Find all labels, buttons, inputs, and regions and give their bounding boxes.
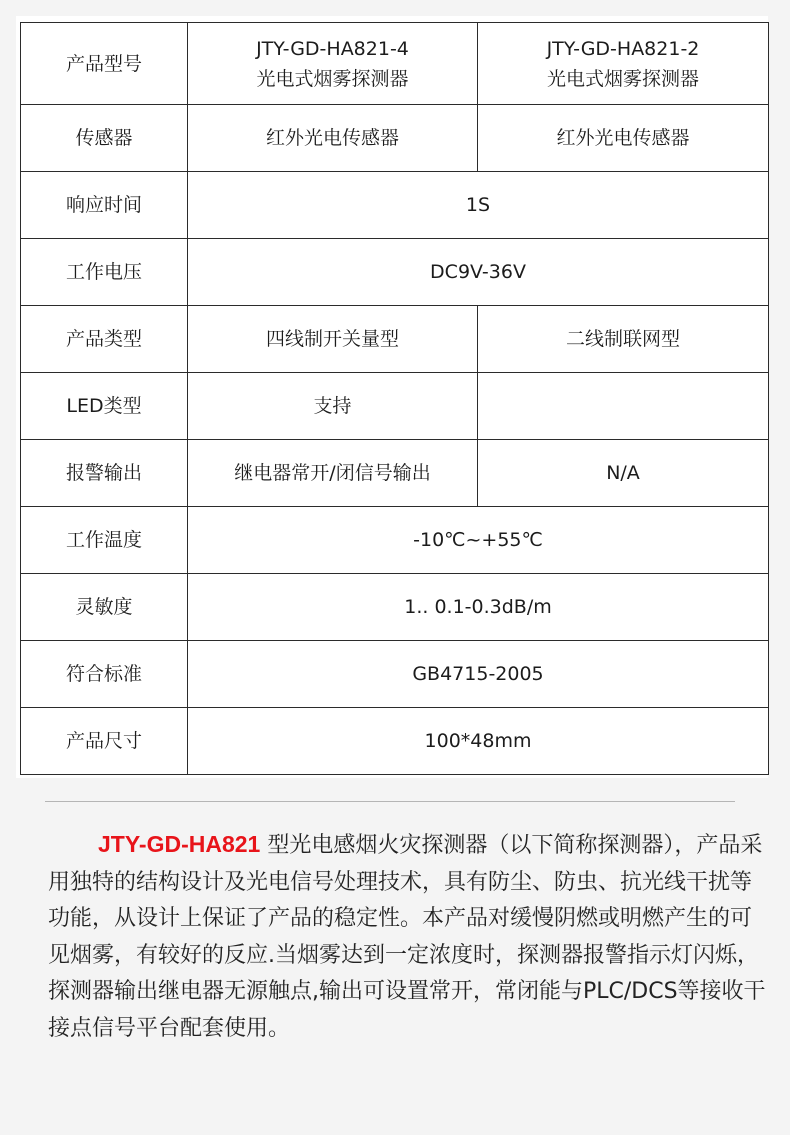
table-cell: 红外光电传感器: [188, 105, 478, 172]
row-label: 符合标准: [21, 641, 188, 708]
table-cell: 支持: [188, 373, 478, 440]
table-cell: 100*48mm: [188, 708, 769, 775]
description-text: 型光电感烟火灾探测器（以下简称探测器），产品采用独特的结构设计及光电信号处理技术…: [48, 833, 766, 1041]
table-row-size: 产品尺寸 100*48mm: [21, 708, 769, 775]
table-row-voltage: 工作电压 DC9V-36V: [21, 239, 769, 306]
table-cell: [478, 373, 769, 440]
model-a-code: JTY-GD-HA821-4: [188, 34, 477, 64]
table-row-led-type: LED类型 支持: [21, 373, 769, 440]
table-cell: 1.. 0.1-0.3dB/m: [188, 574, 769, 641]
table-row-alarm-output: 报警输出 继电器常开/闭信号输出 N/A: [21, 440, 769, 507]
model-a-cell: JTY-GD-HA821-4 光电式烟雾探测器: [188, 23, 478, 105]
table-cell: 四线制开关量型: [188, 306, 478, 373]
row-label: 灵敏度: [21, 574, 188, 641]
table-row-response-time: 响应时间 1S: [21, 172, 769, 239]
row-label: 工作温度: [21, 507, 188, 574]
table-cell: 继电器常开/闭信号输出: [188, 440, 478, 507]
section-divider: [45, 801, 735, 802]
row-label: 工作电压: [21, 239, 188, 306]
row-label: LED类型: [21, 373, 188, 440]
table-row-temperature: 工作温度 -10℃~+55℃: [21, 507, 769, 574]
model-b-code: JTY-GD-HA821-2: [478, 34, 768, 64]
table-row-model: 产品型号 JTY-GD-HA821-4 光电式烟雾探测器 JTY-GD-HA82…: [21, 23, 769, 105]
row-label: 产品尺寸: [21, 708, 188, 775]
model-highlight: JTY-GD-HA821: [98, 831, 260, 857]
model-b-type: 光电式烟雾探测器: [478, 64, 768, 94]
row-label: 产品类型: [21, 306, 188, 373]
row-label: 产品型号: [21, 23, 188, 105]
model-b-cell: JTY-GD-HA821-2 光电式烟雾探测器: [478, 23, 769, 105]
table-cell: 红外光电传感器: [478, 105, 769, 172]
model-a-type: 光电式烟雾探测器: [188, 64, 477, 94]
table-cell: N/A: [478, 440, 769, 507]
row-label: 报警输出: [21, 440, 188, 507]
row-label: 响应时间: [21, 172, 188, 239]
table-row-sensor: 传感器 红外光电传感器 红外光电传感器: [21, 105, 769, 172]
table-cell: 二线制联网型: [478, 306, 769, 373]
table-row-standard: 符合标准 GB4715-2005: [21, 641, 769, 708]
table-row-sensitivity: 灵敏度 1.. 0.1-0.3dB/m: [21, 574, 769, 641]
row-label: 传感器: [21, 105, 188, 172]
table-cell: -10℃~+55℃: [188, 507, 769, 574]
table-cell: 1S: [188, 172, 769, 239]
product-description: JTY-GD-HA821 型光电感烟火灾探测器（以下简称探测器），产品采用独特的…: [48, 826, 768, 1047]
table-row-product-type: 产品类型 四线制开关量型 二线制联网型: [21, 306, 769, 373]
table-cell: GB4715-2005: [188, 641, 769, 708]
spec-table: 产品型号 JTY-GD-HA821-4 光电式烟雾探测器 JTY-GD-HA82…: [20, 22, 769, 775]
table-cell: DC9V-36V: [188, 239, 769, 306]
